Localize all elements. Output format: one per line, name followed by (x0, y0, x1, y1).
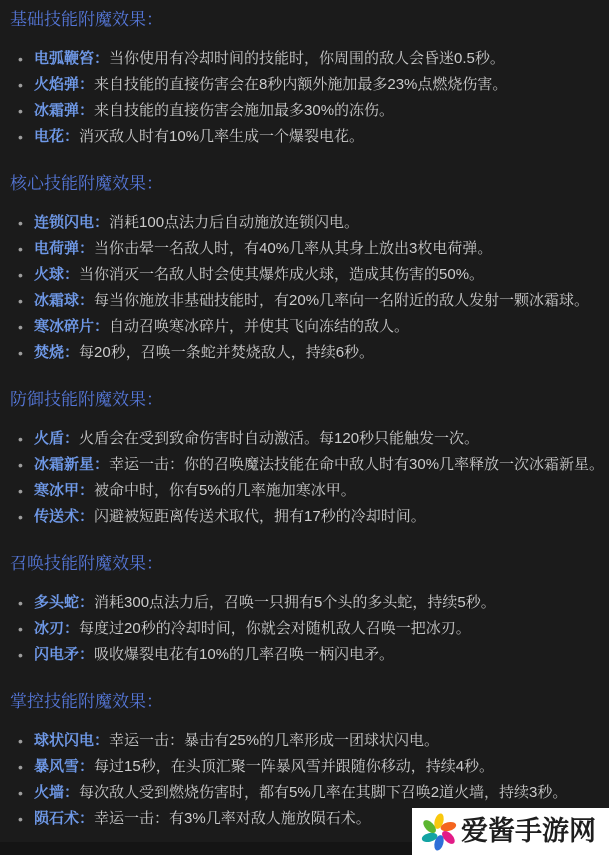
enchant-item: 冰刃：每度过20秒的冷却时间，你就会对随机敌人召唤一把冰刃。 (10, 616, 599, 642)
enchant-item: 连锁闪电：消耗100点法力后自动施放连锁闪电。 (10, 210, 599, 236)
enchant-desc: 消耗300点法力后，召唤一只拥有5个头的多头蛇，持续5秒。 (94, 594, 496, 611)
enchant-desc: 来自技能的直接伤害会在8秒内额外施加最多23%点燃烧伤害。 (94, 76, 507, 93)
enchant-item: 暴风雪：每过15秒，在头顶汇聚一阵暴风雪并跟随你移动，持续4秒。 (10, 754, 599, 780)
enchant-list-summon: 多头蛇：消耗300点法力后，召唤一只拥有5个头的多头蛇，持续5秒。 冰刃：每度过… (10, 590, 599, 668)
enchant-term: 电荷弹： (34, 240, 94, 257)
enchant-term: 寒冰碎片： (34, 318, 109, 335)
enchant-list-defense: 火盾：火盾会在受到致命伤害时自动激活。每120秒只能触发一次。 冰霜新星：幸运一… (10, 426, 599, 530)
section-title-basic: 基础技能附魔效果： (10, 8, 599, 32)
enchant-item: 电弧鞭笞：当你使用有冷却时间的技能时，你周围的敌人会昏迷0.5秒。 (10, 46, 599, 72)
section-title-mastery: 掌控技能附魔效果： (10, 690, 599, 714)
section-title-core: 核心技能附魔效果： (10, 172, 599, 196)
enchant-term: 球状闪电： (34, 732, 109, 749)
enchant-item: 闪电矛：吸收爆裂电花有10%的几率召唤一柄闪电矛。 (10, 642, 599, 668)
enchant-desc: 每度过20秒的冷却时间，你就会对随机敌人召唤一把冰刃。 (79, 620, 471, 637)
enchant-term: 火焰弹： (34, 76, 94, 93)
enchant-desc: 吸收爆裂电花有10%的几率召唤一柄闪电矛。 (94, 646, 394, 663)
enchant-item: 传送术：闪避被短距离传送术取代，拥有17秒的冷却时间。 (10, 504, 599, 530)
enchant-item: 寒冰碎片：自动召唤寒冰碎片，并使其飞向冻结的敌人。 (10, 314, 599, 340)
enchant-item: 冰霜新星：幸运一击：你的召唤魔法技能在命中敌人时有30%几率释放一次冰霜新星。 (10, 452, 599, 478)
enchant-desc: 来自技能的直接伤害会施加最多30%的冻伤。 (94, 102, 394, 119)
enchant-desc: 被命中时，你有5%的几率施加寒冰甲。 (94, 482, 356, 499)
enchant-desc: 当你击晕一名敌人时，有40%几率从其身上放出3枚电荷弹。 (94, 240, 492, 257)
enchant-list-basic: 电弧鞭笞：当你使用有冷却时间的技能时，你周围的敌人会昏迷0.5秒。 火焰弹：来自… (10, 46, 599, 150)
enchant-item: 寒冰甲：被命中时，你有5%的几率施加寒冰甲。 (10, 478, 599, 504)
enchant-term: 冰霜弹： (34, 102, 94, 119)
enchant-item: 火焰弹：来自技能的直接伤害会在8秒内额外施加最多23%点燃烧伤害。 (10, 72, 599, 98)
section-title-summon: 召唤技能附魔效果： (10, 552, 599, 576)
enchant-item: 球状闪电：幸运一击：暴击有25%的几率形成一团球状闪电。 (10, 728, 599, 754)
site-watermark: 爱酱手游网 (412, 808, 609, 855)
enchant-term: 火墙： (34, 784, 79, 801)
enchant-desc: 消灭敌人时有10%几率生成一个爆裂电花。 (79, 128, 364, 145)
enchant-desc: 每过15秒，在头顶汇聚一阵暴风雪并跟随你移动，持续4秒。 (94, 758, 494, 775)
enchant-item: 火墙：每次敌人受到燃烧伤害时，都有5%几率在其脚下召唤2道火墙，持续3秒。 (10, 780, 599, 806)
enchant-term: 焚烧： (34, 344, 79, 361)
enchant-item: 火盾：火盾会在受到致命伤害时自动激活。每120秒只能触发一次。 (10, 426, 599, 452)
enchant-desc: 消耗100点法力后自动施放连锁闪电。 (109, 214, 359, 231)
enchant-desc: 火盾会在受到致命伤害时自动激活。每120秒只能触发一次。 (79, 430, 479, 447)
enchant-desc: 自动召唤寒冰碎片，并使其飞向冻结的敌人。 (109, 318, 409, 335)
enchant-item: 多头蛇：消耗300点法力后，召唤一只拥有5个头的多头蛇，持续5秒。 (10, 590, 599, 616)
enchant-desc: 当你消灭一名敌人时会使其爆炸成火球，造成其伤害的50%。 (79, 266, 484, 283)
section-title-defense: 防御技能附魔效果： (10, 388, 599, 412)
enchant-desc: 每20秒，召唤一条蛇并焚烧敌人，持续6秒。 (79, 344, 374, 361)
enchant-list-core: 连锁闪电：消耗100点法力后自动施放连锁闪电。 电荷弹：当你击晕一名敌人时，有4… (10, 210, 599, 366)
enchant-desc: 幸运一击：你的召唤魔法技能在命中敌人时有30%几率释放一次冰霜新星。 (109, 456, 604, 473)
enchant-term: 连锁闪电： (34, 214, 109, 231)
enchant-term: 电花： (34, 128, 79, 145)
enchant-term: 火盾： (34, 430, 79, 447)
enchant-desc: 幸运一击：暴击有25%的几率形成一团球状闪电。 (109, 732, 439, 749)
enchant-term: 传送术： (34, 508, 94, 525)
enchant-desc: 每当你施放非基础技能时，有20%几率向一名附近的敌人发射一颗冰霜球。 (94, 292, 589, 309)
enchant-term: 冰刃： (34, 620, 79, 637)
enchant-item: 焚烧：每20秒，召唤一条蛇并焚烧敌人，持续6秒。 (10, 340, 599, 366)
enchant-term: 冰霜新星： (34, 456, 109, 473)
enchant-item: 电荷弹：当你击晕一名敌人时，有40%几率从其身上放出3枚电荷弹。 (10, 236, 599, 262)
enchant-term: 闪电矛： (34, 646, 94, 663)
enchant-term: 寒冰甲： (34, 482, 94, 499)
enchant-item: 冰霜弹：来自技能的直接伤害会施加最多30%的冻伤。 (10, 98, 599, 124)
enchant-desc: 幸运一击：有3%几率对敌人施放陨石术。 (94, 810, 371, 827)
article-body: 基础技能附魔效果： 电弧鞭笞：当你使用有冷却时间的技能时，你周围的敌人会昏迷0.… (0, 0, 609, 832)
enchant-desc: 闪避被短距离传送术取代，拥有17秒的冷却时间。 (94, 508, 426, 525)
enchant-term: 火球： (34, 266, 79, 283)
enchant-desc: 当你使用有冷却时间的技能时，你周围的敌人会昏迷0.5秒。 (109, 50, 505, 67)
enchant-desc: 每次敌人受到燃烧伤害时，都有5%几率在其脚下召唤2道火墙，持续3秒。 (79, 784, 567, 801)
pinwheel-flower-icon (419, 812, 459, 852)
enchant-item: 电花：消灭敌人时有10%几率生成一个爆裂电花。 (10, 124, 599, 150)
enchant-term: 电弧鞭笞： (34, 50, 109, 67)
enchant-term: 冰霜球： (34, 292, 94, 309)
enchant-term: 暴风雪： (34, 758, 94, 775)
site-name: 爱酱手游网 (461, 818, 596, 845)
enchant-term: 陨石术： (34, 810, 94, 827)
enchant-item: 冰霜球：每当你施放非基础技能时，有20%几率向一名附近的敌人发射一颗冰霜球。 (10, 288, 599, 314)
enchant-item: 火球：当你消灭一名敌人时会使其爆炸成火球，造成其伤害的50%。 (10, 262, 599, 288)
enchant-term: 多头蛇： (34, 594, 94, 611)
